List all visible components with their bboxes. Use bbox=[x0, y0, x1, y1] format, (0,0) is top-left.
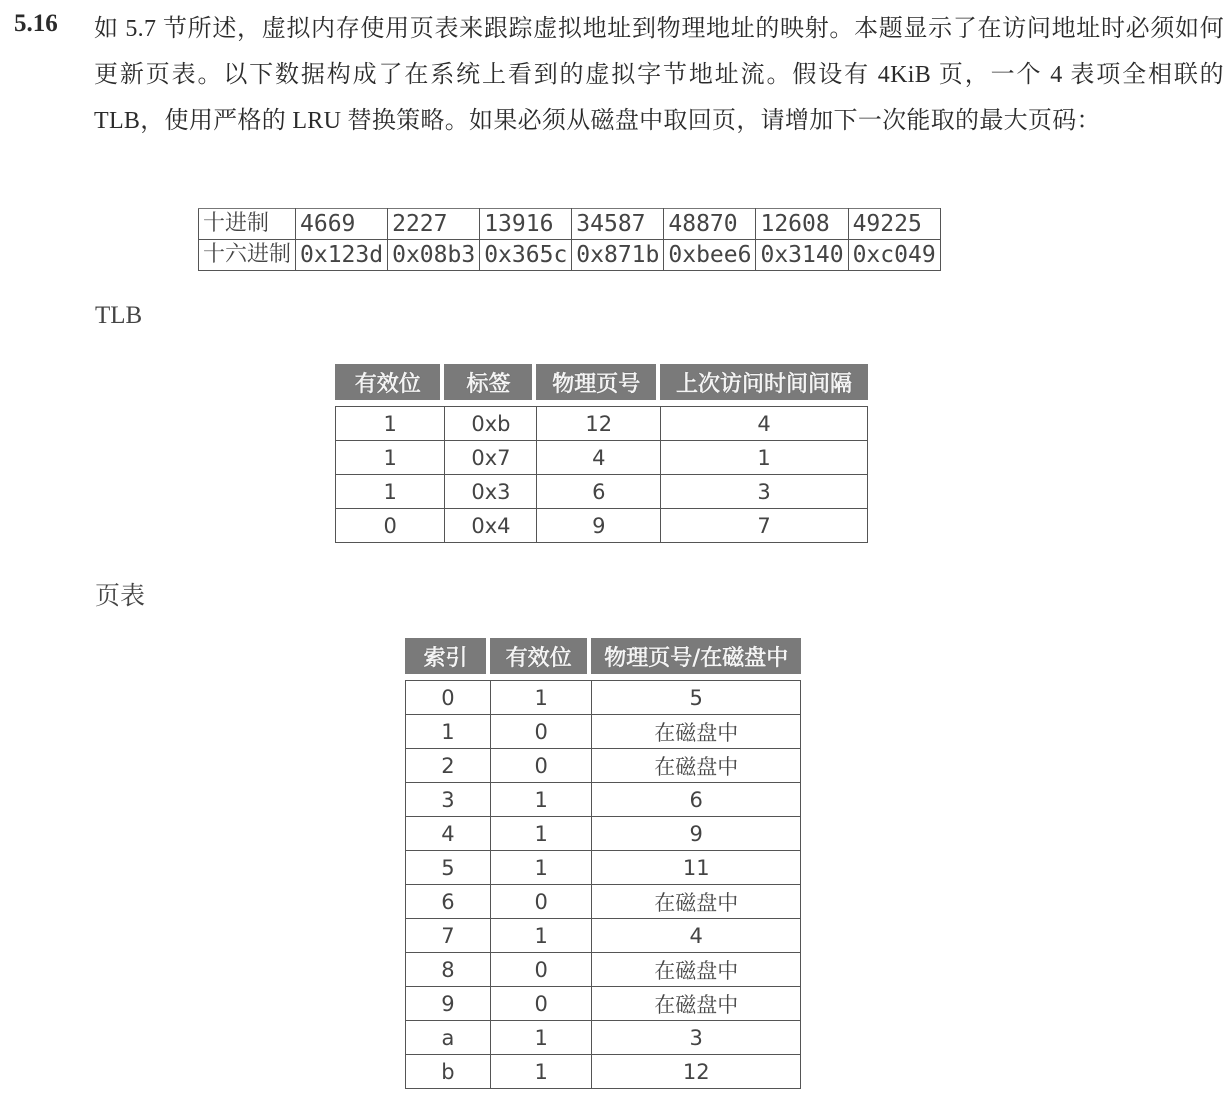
table-row: 60在磁盘中 bbox=[405, 885, 801, 919]
table-cell: 6 bbox=[405, 885, 490, 919]
table-cell: 在磁盘中 bbox=[591, 987, 801, 1021]
address-row: 十六进制0x123d0x08b30x365c0x871b0xbee60x3140… bbox=[199, 240, 941, 271]
address-row: 十进制466922271391634587488701260849225 bbox=[199, 209, 941, 240]
table-row: 419 bbox=[405, 817, 801, 851]
address-cell: 0x365c bbox=[480, 240, 572, 271]
table-cell: 11 bbox=[591, 851, 801, 885]
address-cell: 48870 bbox=[664, 209, 756, 240]
address-cell: 49225 bbox=[848, 209, 940, 240]
table-cell: 1 bbox=[660, 441, 868, 475]
table-cell: 4 bbox=[536, 441, 660, 475]
table-cell: 1 bbox=[490, 817, 591, 851]
table-row: 10在磁盘中 bbox=[405, 715, 801, 749]
table-cell: 12 bbox=[591, 1055, 801, 1089]
table-cell: 0x3 bbox=[444, 475, 536, 509]
table-cell: 5 bbox=[405, 851, 490, 885]
address-cell: 12608 bbox=[756, 209, 848, 240]
page-table-label: 页表 bbox=[95, 576, 145, 612]
table-row: 90在磁盘中 bbox=[405, 987, 801, 1021]
address-row-label: 十六进制 bbox=[199, 240, 296, 271]
table-cell: 0 bbox=[490, 953, 591, 987]
table-cell: 0 bbox=[405, 680, 490, 715]
table-row: 20在磁盘中 bbox=[405, 749, 801, 783]
address-cell: 13916 bbox=[480, 209, 572, 240]
table-cell: 在磁盘中 bbox=[591, 715, 801, 749]
problem-number: 5.16 bbox=[14, 10, 58, 38]
column-header: 标签 bbox=[444, 364, 536, 400]
table-cell: 4 bbox=[405, 817, 490, 851]
table-cell: 4 bbox=[660, 406, 868, 441]
table-cell: 8 bbox=[405, 953, 490, 987]
table-cell: 1 bbox=[490, 851, 591, 885]
table-row: 015 bbox=[405, 680, 801, 715]
column-header: 有效位 bbox=[490, 638, 591, 674]
table-cell: 7 bbox=[660, 509, 868, 543]
page-table: 索引有效位物理页号/在磁盘中 01510在磁盘中20在磁盘中3164195111… bbox=[405, 638, 801, 1089]
table-cell: 0 bbox=[490, 987, 591, 1021]
table-cell: 1 bbox=[335, 475, 444, 509]
address-cell: 2227 bbox=[388, 209, 480, 240]
table-row: 10x363 bbox=[335, 475, 868, 509]
table-cell: 12 bbox=[536, 406, 660, 441]
table-cell: 1 bbox=[405, 715, 490, 749]
address-cell: 4669 bbox=[296, 209, 388, 240]
address-cell: 0x08b3 bbox=[388, 240, 480, 271]
address-cell: 0xc049 bbox=[848, 240, 940, 271]
table-cell: 0x7 bbox=[444, 441, 536, 475]
table-cell: 1 bbox=[490, 1021, 591, 1055]
table-cell: 2 bbox=[405, 749, 490, 783]
table-row: 80在磁盘中 bbox=[405, 953, 801, 987]
address-stream-table: 十进制466922271391634587488701260849225十六进制… bbox=[198, 208, 941, 271]
table-row: 10x741 bbox=[335, 441, 868, 475]
table-cell: a bbox=[405, 1021, 490, 1055]
address-cell: 0x123d bbox=[296, 240, 388, 271]
column-header: 有效位 bbox=[335, 364, 444, 400]
table-row: 316 bbox=[405, 783, 801, 817]
table-cell: 在磁盘中 bbox=[591, 749, 801, 783]
table-cell: 0xb bbox=[444, 406, 536, 441]
tlb-label: TLB bbox=[95, 302, 142, 330]
table-cell: 1 bbox=[490, 783, 591, 817]
table-cell: 1 bbox=[490, 680, 591, 715]
table-cell: 6 bbox=[591, 783, 801, 817]
table-cell: 3 bbox=[591, 1021, 801, 1055]
address-cell: 34587 bbox=[572, 209, 664, 240]
table-cell: 0 bbox=[490, 715, 591, 749]
table-cell: 0 bbox=[490, 749, 591, 783]
table-cell: 9 bbox=[536, 509, 660, 543]
table-cell: 在磁盘中 bbox=[591, 953, 801, 987]
table-cell: b bbox=[405, 1055, 490, 1089]
table-row: a13 bbox=[405, 1021, 801, 1055]
table-row: b112 bbox=[405, 1055, 801, 1089]
problem-text: 如 5.7 节所述，虚拟内存使用页表来跟踪虚拟地址到物理地址的映射。本题显示了在… bbox=[94, 6, 1224, 144]
column-header: 物理页号 bbox=[536, 364, 660, 400]
table-cell: 1 bbox=[490, 1055, 591, 1089]
table-cell: 7 bbox=[405, 919, 490, 953]
address-row-label: 十进制 bbox=[199, 209, 296, 240]
table-cell: 0 bbox=[490, 885, 591, 919]
address-cell: 0x3140 bbox=[756, 240, 848, 271]
table-cell: 0 bbox=[335, 509, 444, 543]
column-header: 物理页号/在磁盘中 bbox=[591, 638, 801, 674]
table-row: 714 bbox=[405, 919, 801, 953]
table-row: 5111 bbox=[405, 851, 801, 885]
address-cell: 0xbee6 bbox=[664, 240, 756, 271]
table-cell: 3 bbox=[660, 475, 868, 509]
column-header: 索引 bbox=[405, 638, 490, 674]
tlb-table: 有效位标签物理页号上次访问时间间隔 10xb12410x74110x36300x… bbox=[335, 364, 868, 543]
table-cell: 0x4 bbox=[444, 509, 536, 543]
table-cell: 6 bbox=[536, 475, 660, 509]
table-cell: 1 bbox=[335, 441, 444, 475]
table-cell: 3 bbox=[405, 783, 490, 817]
table-cell: 4 bbox=[591, 919, 801, 953]
table-cell: 9 bbox=[405, 987, 490, 1021]
table-cell: 5 bbox=[591, 680, 801, 715]
table-cell: 在磁盘中 bbox=[591, 885, 801, 919]
table-cell: 1 bbox=[335, 406, 444, 441]
table-row: 10xb124 bbox=[335, 406, 868, 441]
table-cell: 9 bbox=[591, 817, 801, 851]
table-cell: 1 bbox=[490, 919, 591, 953]
column-header: 上次访问时间间隔 bbox=[660, 364, 868, 400]
address-cell: 0x871b bbox=[572, 240, 664, 271]
table-row: 00x497 bbox=[335, 509, 868, 543]
